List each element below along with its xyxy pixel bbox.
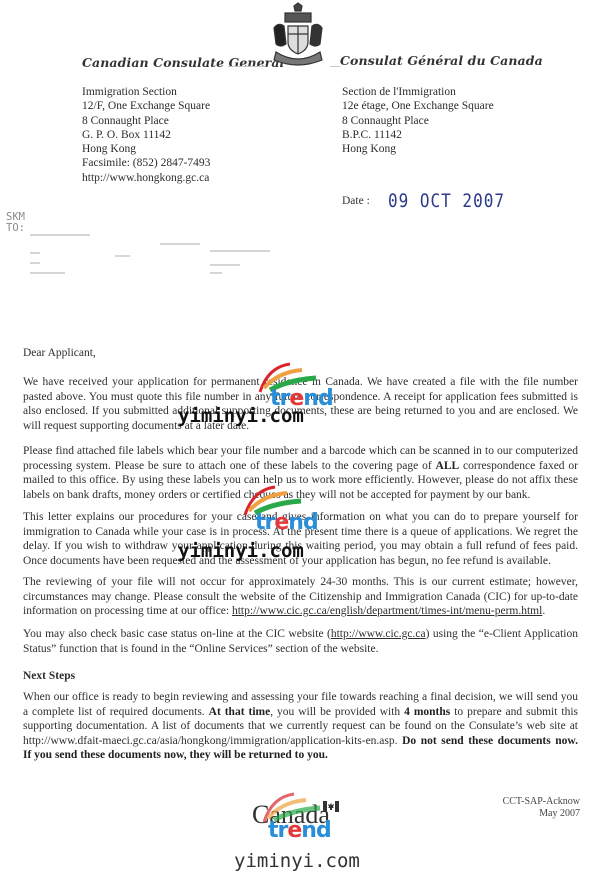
text: .	[542, 605, 545, 617]
address-line: Hong Kong	[342, 142, 494, 156]
text: , you will be provided with	[270, 706, 404, 718]
address-line: B.P.C. 11142	[342, 128, 494, 142]
fax-number: Facsimile: (852) 2847-7493	[82, 156, 210, 170]
website-link[interactable]: http://www.hongkong.gc.ca	[82, 171, 210, 185]
cic-website-link[interactable]: http://www.cic.gc.ca	[331, 628, 426, 640]
date-label: Date :	[342, 195, 370, 207]
letterhead-title-en: Canadian Consulate General	[82, 55, 284, 70]
address-line: 12e étage, One Exchange Square	[342, 99, 494, 113]
paragraph-application-received: We have received your application for pe…	[23, 375, 578, 433]
paragraph-processing-time: The reviewing of your file will not occu…	[23, 575, 578, 619]
letterhead-rule-right	[330, 66, 340, 67]
date-stamp: 09 OCT 2007	[388, 190, 505, 212]
recipient-block: SKM TO:	[6, 212, 25, 234]
letterhead-title-fr: Consulat Général du Canada	[340, 53, 543, 68]
address-line: 8 Connaught Place	[82, 114, 210, 128]
processing-times-link[interactable]: http://www.cic.gc.ca/english/department/…	[232, 605, 542, 617]
salutation: Dear Applicant,	[23, 347, 96, 359]
next-steps-heading: Next Steps	[23, 670, 75, 682]
address-line: Section de l'Immigration	[342, 85, 494, 99]
recipient-to-label: TO:	[6, 223, 25, 234]
address-english: Immigration Section 12/F, One Exchange S…	[82, 85, 210, 185]
emphasis-all: ALL	[436, 460, 460, 472]
canada-flag-icon	[323, 799, 339, 810]
address-line: 12/F, One Exchange Square	[82, 99, 210, 113]
address-line: Immigration Section	[82, 85, 210, 99]
address-line: Hong Kong	[82, 142, 210, 156]
emphasis: At that time	[209, 706, 271, 718]
coat-of-arms-icon	[266, 2, 330, 66]
watermark-site: yiminyi.com	[234, 850, 360, 872]
letterhead-rule-left	[228, 66, 266, 67]
address-french: Section de l'Immigration 12e étage, One …	[342, 85, 494, 156]
reference-code: CCT-SAP-Acknow	[498, 796, 580, 808]
address-line: G. P. O. Box 11142	[82, 128, 210, 142]
canada-wordmark: Canada	[252, 800, 330, 830]
text: You may also check basic case status on-…	[23, 628, 331, 640]
paragraph-file-labels: Please find attached file labels which b…	[23, 444, 578, 502]
paragraph-case-status: You may also check basic case status on-…	[23, 627, 578, 656]
paragraph-next-steps: When our office is ready to begin review…	[23, 690, 578, 763]
document-reference: CCT-SAP-Acknow May 2007	[498, 796, 580, 820]
emphasis: 4 months	[404, 706, 450, 718]
address-line: 8 Connaught Place	[342, 114, 494, 128]
reference-date: May 2007	[498, 808, 580, 820]
paragraph-procedures: This letter explains our procedures for …	[23, 510, 578, 568]
